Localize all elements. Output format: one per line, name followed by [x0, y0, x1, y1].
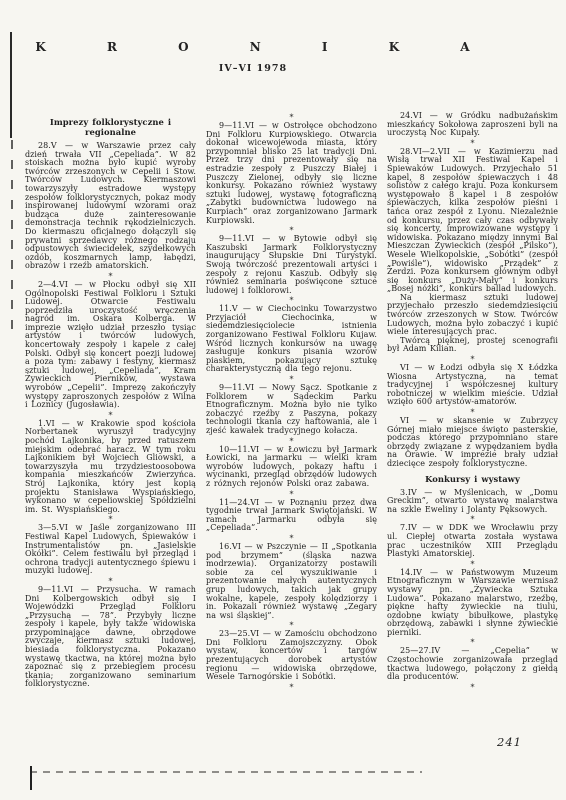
chronicle-paragraph: VI — w skansenie w Zubrzycy Górnej miało… — [387, 417, 558, 469]
chronicle-paragraph: 28.VI—2.VII — w Kazimierzu nad Wisłą trw… — [387, 148, 558, 294]
text-columns: Imprezy folklorystyczne i regionalne28.V… — [25, 112, 558, 692]
issue-date: IV–VI 1978 — [28, 63, 478, 74]
scan-artifact-bottom-dashes — [30, 771, 422, 773]
separator-mark: * — [387, 516, 558, 523]
separator-mark: * — [206, 297, 377, 304]
chronicle-paragraph: 9—11.VI — w Bytowie odbył się Kaszubski … — [206, 235, 377, 295]
chronicle-paragraph: 9—11.VI — Nowy Sącz. Spotkanie z Folklor… — [206, 384, 377, 436]
separator-mark: * — [387, 639, 558, 646]
chronicle-paragraph: 28.V — w Warszawie przez cały dzień trwa… — [25, 142, 196, 271]
separator-mark: * — [387, 409, 558, 416]
separator-mark: * — [25, 516, 196, 523]
chronicle-paragraph: 11.V — w Ciechocinku Towarzystwo Przyjac… — [206, 305, 377, 374]
chronicle-paragraph: 3—5.VI w Jaśle zorganizowano III Festiwa… — [25, 524, 196, 576]
masthead: K R O N I K A IV–VI 1978 — [28, 40, 478, 74]
separator-mark: * — [25, 412, 196, 419]
chronicle-paragraph: 23—25.VI — w Zamościu obchodzono Dni Fol… — [206, 630, 377, 682]
chronicle-paragraph: 11—24.VI — w Poznaniu przez dwa tygodnie… — [206, 499, 377, 533]
separator-mark: * — [387, 561, 558, 568]
scan-artifact-bottom-tick — [30, 766, 32, 790]
separator-mark: * — [206, 684, 377, 691]
chronicle-paragraph: 3.IV — w Myślenicach, w „Domu Greckim”, … — [387, 489, 558, 515]
chronicle-paragraph: 7.IV — w DDK we Wrocławiu przy ul. Ciepł… — [387, 524, 558, 558]
journal-title: K R O N I K A — [28, 40, 478, 54]
chronicle-paragraph: 10—11.VI — w Łowiczu był Jarmark Łowicki… — [206, 446, 377, 489]
column-1: Imprezy folklorystyczne i regionalne28.V… — [25, 112, 196, 689]
page-number: 241 — [497, 735, 522, 749]
separator-mark: * — [25, 273, 196, 280]
chronicle-paragraph: 1.VI — w Krakowie spod kościoła Norberta… — [25, 420, 196, 515]
separator-mark: * — [387, 684, 558, 691]
column-2: *9—11.VI — w Ostrołęce obchodzono Dni Fo… — [206, 112, 377, 692]
scan-artifact-left-line — [10, 32, 12, 138]
separator-mark: * — [206, 438, 377, 445]
chronicle-paragraph: 25—27.IV — „Cepelia” w Częstochowie zorg… — [387, 647, 558, 681]
section-heading: Konkursy i wystawy — [393, 474, 552, 484]
column-3: 24.VI — w Gródku nadbużańskim mieszkańcy… — [387, 112, 558, 692]
chronicle-paragraph: Na kiermasz sztuki ludowej przyjechało p… — [387, 294, 558, 337]
separator-mark: * — [206, 376, 377, 383]
separator-mark: * — [206, 622, 377, 629]
section-heading: Imprezy folklorystyczne i regionalne — [31, 117, 190, 137]
separator-mark: * — [387, 356, 558, 363]
separator-mark: * — [25, 578, 196, 585]
separator-mark: * — [206, 491, 377, 498]
chronicle-paragraph: 2—4.VI — w Płocku odbył się XII Ogólnopo… — [25, 281, 196, 410]
chronicle-paragraph: 14.IV — w Państwowym Muzeum Etnograficzn… — [387, 569, 558, 638]
separator-mark: * — [387, 140, 558, 147]
separator-mark: * — [206, 535, 377, 542]
chronicle-paragraph: 9—11.VI — Przysucha. W ramach Dni Kolber… — [25, 586, 196, 689]
chronicle-paragraph: VI — w Łodzi odbyła się X Łódzka Wiosna … — [387, 364, 558, 407]
journal-page: K R O N I K A IV–VI 1978 Imprezy folklor… — [0, 0, 566, 800]
chronicle-paragraph: Twórcą pięknej, prostej scenografii był … — [387, 337, 558, 354]
separator-mark: * — [206, 227, 377, 234]
chronicle-paragraph: 9—11.VI — w Ostrołęce obchodzono Dni Fol… — [206, 122, 377, 225]
chronicle-paragraph: 16.VI — w Pszczynie — II „Spotkania pod … — [206, 543, 377, 620]
chronicle-paragraph: 24.VI — w Gródku nadbużańskim mieszkańcy… — [387, 112, 558, 138]
separator-mark: * — [206, 114, 377, 121]
scan-artifact-left-dashes — [11, 140, 13, 335]
